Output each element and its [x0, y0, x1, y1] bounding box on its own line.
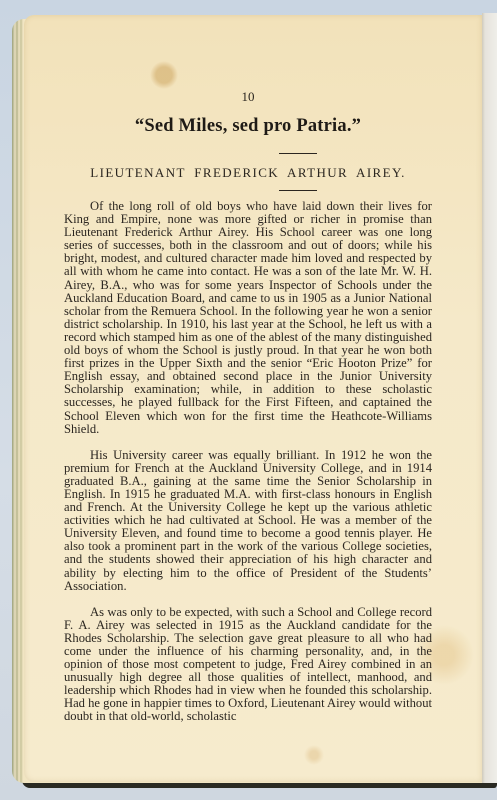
paragraph: His University career was equally brilli… — [64, 449, 432, 593]
paragraph: Of the long roll of old boys who have la… — [64, 200, 432, 436]
divider-rule — [279, 153, 317, 154]
divider-rule — [279, 190, 317, 191]
page-motto-title: “Sed Miles, sed pro Patria.” — [64, 116, 432, 137]
paragraph: As was only to be expected, with such a … — [64, 606, 432, 724]
page-number: 10 — [64, 89, 432, 105]
body-text: Of the long roll of old boys who have la… — [64, 200, 432, 724]
book-page: 10 “Sed Miles, sed pro Patria.” LIEUTENA… — [24, 15, 482, 782]
facing-page-edge — [482, 13, 497, 783]
section-heading: LIEUTENANT FREDERICK ARTHUR AIREY. — [64, 165, 432, 181]
